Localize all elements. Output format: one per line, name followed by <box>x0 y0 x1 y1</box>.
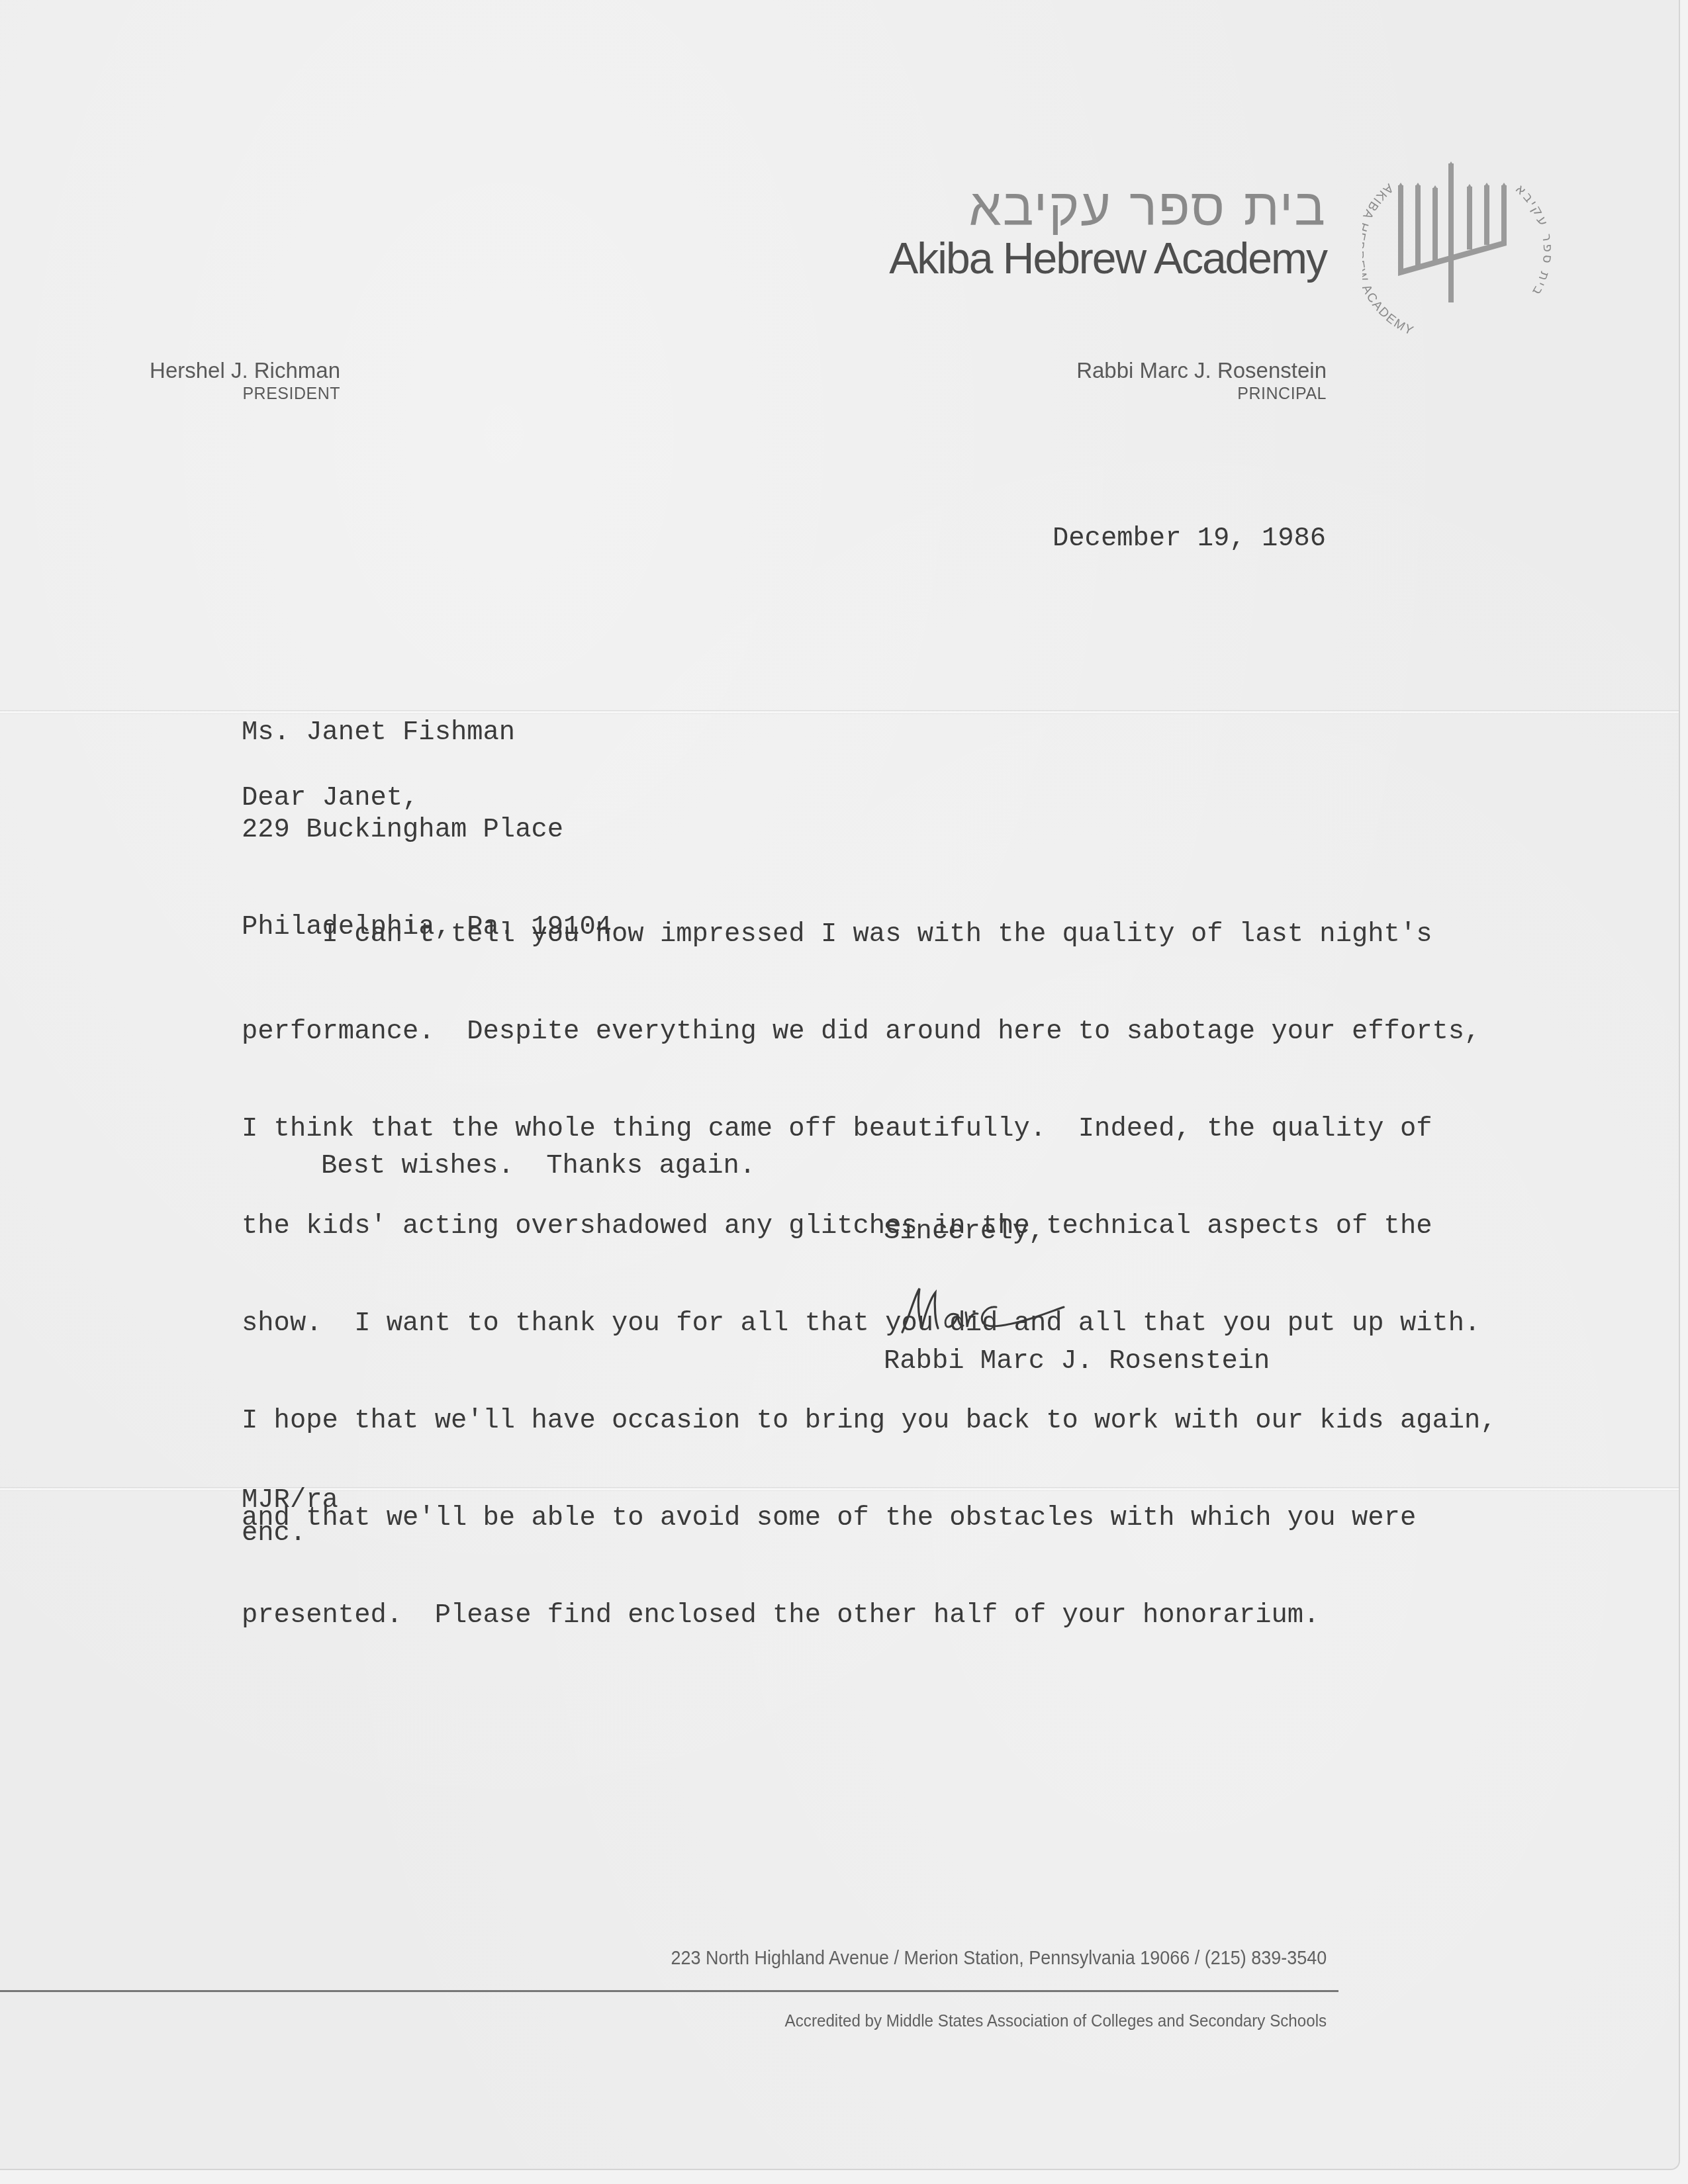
recipient-name: Ms. Janet Fishman <box>242 717 612 749</box>
typed-signature: Rabbi Marc J. Rosenstein <box>884 1345 1270 1378</box>
school-name-hebrew: בית ספר עקיבא <box>969 177 1327 238</box>
svg-text:בית ספר עקיבא: בית ספר עקיבא <box>1513 181 1556 300</box>
body-line: and that we'll be able to avoid some of … <box>242 1502 1497 1535</box>
body-line: I can't tell you how impressed I was wit… <box>242 919 1497 951</box>
body-line: show. I want to thank you for all that y… <box>242 1308 1497 1340</box>
complimentary-close: Sincerely, <box>884 1216 1045 1248</box>
officer-title: PRINCIPAL <box>1076 384 1327 404</box>
body-line: presented. Please find enclosed the othe… <box>242 1600 1497 1632</box>
body-line: the kids' acting overshadowed any glitch… <box>242 1210 1497 1243</box>
officer-president: Hershel J. Richman PRESIDENT <box>150 357 340 404</box>
menorah-icon: AKIBA HEBREW ACADEMY בית ספר עקיבא <box>1362 154 1561 339</box>
letter-page: בית ספר עקיבא Akiba Hebrew Academy <box>0 0 1680 2170</box>
body-line: I hope that we'll have occasion to bring… <box>242 1405 1497 1437</box>
enclosure-notation: enc. <box>242 1518 306 1550</box>
footer-divider <box>0 1990 1338 1992</box>
officer-title: PRESIDENT <box>150 384 340 404</box>
recipient-street: 229 Buckingham Place <box>242 814 612 846</box>
school-address: 223 North Highland Avenue / Merion Stati… <box>671 1948 1327 1970</box>
svg-text:AKIBA HEBREW ACADEMY: AKIBA HEBREW ACADEMY <box>1362 181 1417 339</box>
reference-initials: MJR/ra <box>242 1484 338 1517</box>
closing-line: Best wishes. Thanks again. <box>321 1150 755 1183</box>
accreditation-note: Accredited by Middle States Association … <box>784 2011 1327 2031</box>
letter-date: December 19, 1986 <box>1053 523 1326 555</box>
body-line: I think that the whole thing came off be… <box>242 1113 1497 1146</box>
officer-name: Hershel J. Richman <box>150 357 340 384</box>
letter-body: I can't tell you how impressed I was wit… <box>242 854 1497 1697</box>
handwritten-signature: Marc <box>897 1281 1096 1340</box>
officer-name: Rabbi Marc J. Rosenstein <box>1076 357 1327 384</box>
officer-principal: Rabbi Marc J. Rosenstein PRINCIPAL <box>1076 357 1327 404</box>
body-line: performance. Despite everything we did a… <box>242 1016 1497 1048</box>
school-name-english: Akiba Hebrew Academy <box>889 233 1327 283</box>
salutation: Dear Janet, <box>242 782 418 815</box>
